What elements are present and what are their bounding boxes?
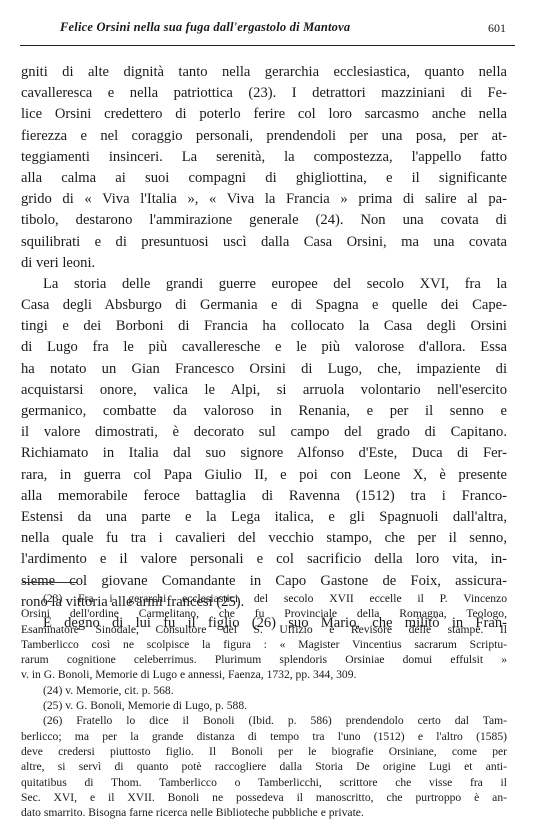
- footnote-line: quitatibus di Thom. Tamberlicco o Tamber…: [21, 775, 507, 790]
- footnote-line: (24) v. Memorie, cit. p. 568.: [21, 683, 507, 698]
- body-line: alla calma ai suoi compagni di ghigliott…: [21, 168, 507, 189]
- body-line: grido di « Viva l'Italia », « Viva la Fr…: [21, 189, 507, 210]
- footnote-line: Sec. XVI, e il XVII. Bonoli ne possedeva…: [21, 790, 507, 805]
- footnotes: (23) Fra i gerarchi ecclesiastici del se…: [21, 591, 507, 820]
- footnote-line: dato smarrito. Bisogna farne ricerca nel…: [21, 805, 507, 820]
- body-line: Richiamato in Italia dal suo signore Alf…: [21, 443, 507, 464]
- running-header: Felice Orsini nella sua fuga dall'ergast…: [20, 20, 515, 46]
- body-line: La storia delle grandi guerre europee de…: [21, 274, 507, 295]
- footnote-line: (26) Fratello lo dice il Bonoli (Ibid. p…: [21, 713, 507, 728]
- footnote-line: Esaminatore Sinodale, Consultore del S. …: [21, 622, 507, 637]
- footnote-line: altre, si servì di quanto potè raccoglie…: [21, 759, 507, 774]
- body-line: gniti di alte dignità tanto nella gerarc…: [21, 62, 507, 83]
- footnote-line: (23) Fra i gerarchi ecclesiastici del se…: [21, 591, 507, 606]
- body-line: germanico, combatte da valoroso in Renan…: [21, 401, 507, 422]
- footnote-line: berlicco; ma per la grande distanza di t…: [21, 729, 507, 744]
- body-line: rara, in guerra col Papa Giulio II, e po…: [21, 465, 507, 486]
- body-line: tibolo, destarono l'ammirazione generale…: [21, 210, 507, 231]
- main-text: gniti di alte dignità tanto nella gerarc…: [21, 62, 507, 634]
- footnote-line: Orsini dell'ordine Carmelitano, che fu P…: [21, 606, 507, 621]
- body-line: Estensi da una parte e la Lega italica, …: [21, 507, 507, 528]
- footnote-line: deve credersi piuttosto figlio. Il Bonol…: [21, 744, 507, 759]
- footnote-line: v. in G. Bonoli, Memorie di Lugo e annes…: [21, 667, 507, 682]
- body-line: fierezza e nel coraggio personali, prend…: [21, 126, 507, 147]
- body-line: teggiamenti insinceri. La serenità, la c…: [21, 147, 507, 168]
- body-line: l'ardimento e il valore personali e col …: [21, 549, 507, 570]
- body-line: tingi e dei Borboni di Francia ha colloc…: [21, 316, 507, 337]
- footnote-line: Tamberlicco così ne scolpisce la figura …: [21, 637, 507, 652]
- body-line: nella quale fu tra i cavalieri del vecch…: [21, 528, 507, 549]
- body-line: lice Orsini credettero di poterlo ferire…: [21, 104, 507, 125]
- body-line: squilibrati e di presuntuosi uscì dalla …: [21, 232, 507, 253]
- body-line: Casa degli Absburgo di Germania e di Spa…: [21, 295, 507, 316]
- running-title: Felice Orsini nella sua fuga dall'ergast…: [60, 20, 350, 35]
- body-line: il valore dimostrati, è decorato sul cam…: [21, 422, 507, 443]
- body-line: cavalleresca e nella patriottica (23). I…: [21, 83, 507, 104]
- body-line: di veri leoni.: [21, 253, 507, 274]
- header-rule: [20, 45, 515, 46]
- body-line: di Lugo fra le più cavalleresche e le pi…: [21, 337, 507, 358]
- footnote-line: rarum cognitione celeberrimus. Plurimum …: [21, 652, 507, 667]
- body-line: acquistarsi onore, valica le Alpi, si ar…: [21, 380, 507, 401]
- body-line: alla memorabile feroce battaglia di Rave…: [21, 486, 507, 507]
- footnote-line: (25) v. G. Bonoli, Memorie di Lugo, p. 5…: [21, 698, 507, 713]
- body-line: sieme col giovane Comandante in Capo Gas…: [21, 571, 507, 592]
- page-number: 601: [488, 21, 506, 36]
- footnote-separator: [22, 582, 77, 583]
- body-line: ha notato un Gian Francesco Orsini di Lu…: [21, 359, 507, 380]
